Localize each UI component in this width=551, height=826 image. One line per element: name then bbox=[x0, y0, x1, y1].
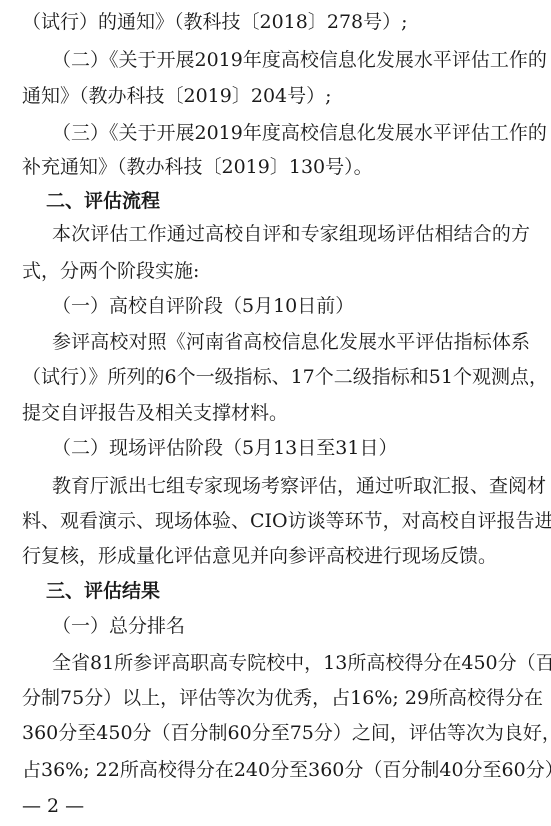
reference-item-3: （三）《关于开展2019年度高校信息化发展水平评估工作的 bbox=[52, 118, 530, 148]
subheading-onsite-evaluation: （二）现场评估阶段（5月13日至31日） bbox=[52, 433, 551, 463]
results-paragraph-2: 分制75分）以上，评估等次为优秀，占16%; 29所高校得分在 bbox=[22, 683, 530, 713]
process-intro: 本次评估工作通过高校自评和专家组现场评估相结合的方 bbox=[52, 219, 530, 249]
onsite-paragraph: 教育厅派出七组专家现场考察评估，通过听取汇报、查阅材 bbox=[52, 471, 530, 501]
self-evaluation-paragraph-end: 提交自评报告及相关支撑材料。 bbox=[22, 398, 530, 428]
self-evaluation-paragraph: 参评高校对照《河南省高校信息化发展水平评估指标体系 bbox=[52, 327, 530, 357]
subheading-self-evaluation: （一）高校自评阶段（5月10日前） bbox=[52, 291, 551, 321]
onsite-paragraph-2: 料、观看演示、现场体验、CIO访谈等环节，对高校自评报告进 bbox=[22, 506, 530, 536]
reference-item-2: （二）《关于开展2019年度高校信息化发展水平评估工作的 bbox=[52, 45, 530, 75]
page-number: — 2 — bbox=[22, 794, 84, 818]
section-heading-results: 三、评估结果 bbox=[46, 576, 551, 606]
results-paragraph-4: 占36%; 22所高校得分在240分至360分（百分制40分至60分） bbox=[22, 755, 530, 785]
results-paragraph: 全省81所参评高职高专院校中，13所高校得分在450分（百 bbox=[52, 648, 530, 678]
reference-item-2-end: 通知》（教办科技〔2019〕204号）; bbox=[22, 81, 530, 111]
section-heading-process: 二、评估流程 bbox=[46, 186, 551, 216]
process-intro-end: 式，分两个阶段实施: bbox=[22, 256, 530, 286]
onsite-paragraph-end: 行复核，形成量化评估意见并向参评高校进行现场反馈。 bbox=[22, 541, 530, 571]
self-evaluation-paragraph-2: （试行）》所列的6个一级指标、17个二级指标和51个观测点， bbox=[22, 362, 530, 392]
reference-line-1-end: （试行）的通知》（教科技〔2018〕278号）; bbox=[22, 7, 530, 37]
results-paragraph-3: 360分至450分（百分制60分至75分）之间，评估等次为良好， bbox=[22, 718, 530, 748]
subheading-total-ranking: （一）总分排名 bbox=[52, 611, 551, 641]
reference-item-3-end: 补充通知》（教办科技〔2019〕130号）。 bbox=[22, 152, 530, 182]
